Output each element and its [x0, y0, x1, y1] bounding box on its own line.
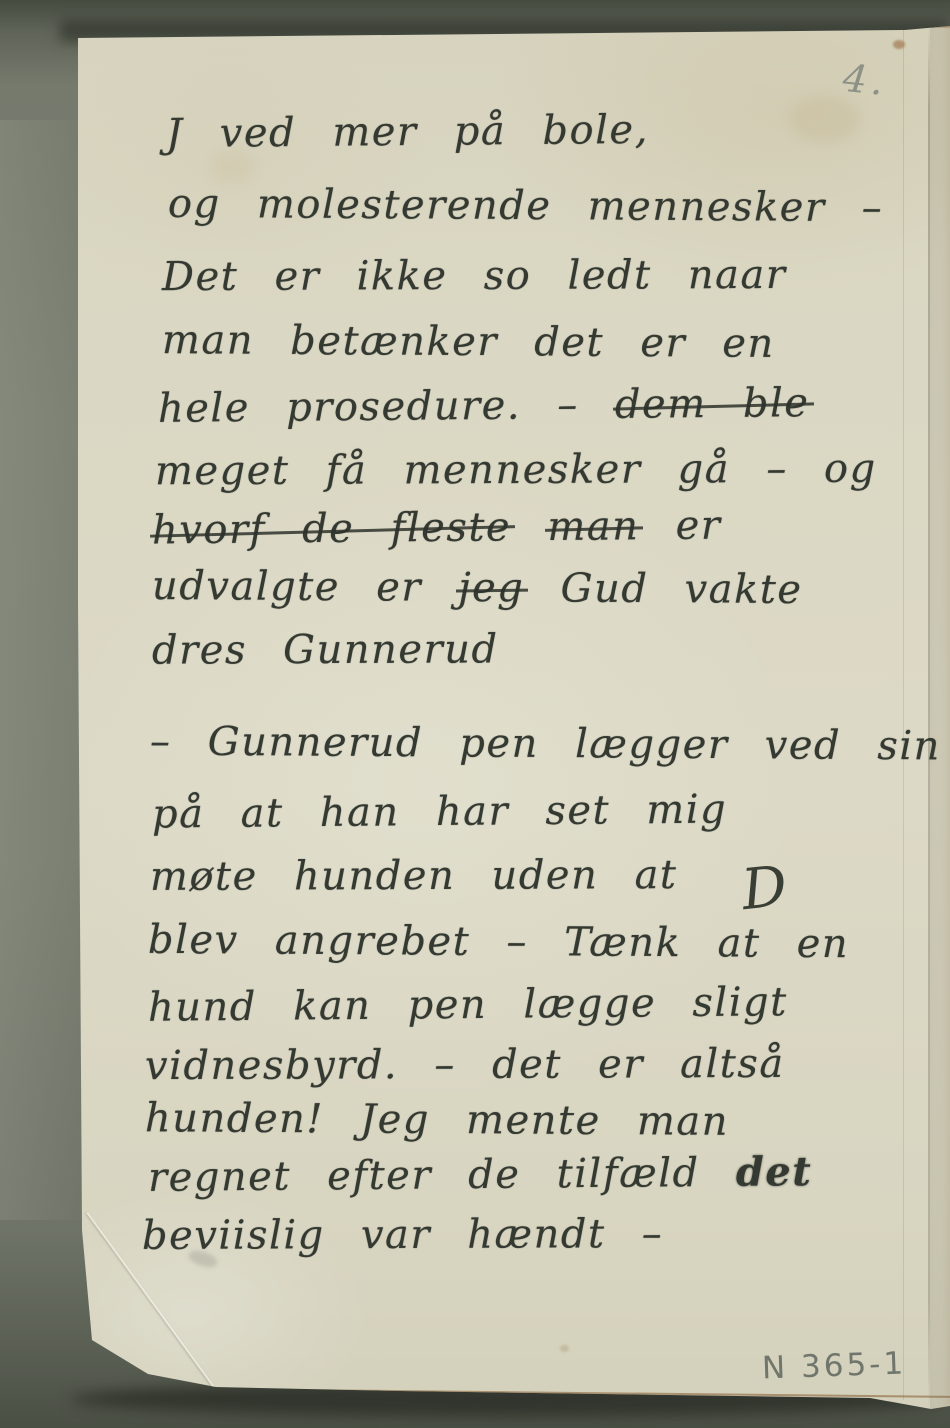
backing-board-highlight: [0, 120, 90, 1220]
line-text: hele prosedure. –: [158, 382, 615, 432]
handwritten-line: dres Gunnerud: [152, 629, 499, 670]
line-text: og molesterende mennesker –: [168, 181, 884, 231]
line-text: J ved mer på bole,: [166, 107, 649, 157]
manuscript-page: 4. J ved mer på bole, og molesterende me…: [0, 0, 950, 1428]
struck-text: jeg: [458, 565, 524, 611]
struck-text: man: [547, 503, 639, 550]
handwritten-line: Det er ikke so ledt naar: [162, 255, 787, 297]
struck-text: dem ble: [615, 380, 810, 428]
handwritten-line: hvorf de fleste man er: [152, 506, 722, 551]
handwritten-line: regnet efter de tilfæld det: [148, 1152, 813, 1198]
handwritten-line: J ved mer på bole,: [166, 110, 649, 154]
line-text: man betænker det er en: [162, 317, 775, 367]
line-text: Gud vakte: [524, 565, 802, 613]
handwritten-line: man betænker det er en: [162, 320, 775, 364]
line-text: vidnesbyrd. – det er altså: [145, 1041, 785, 1089]
handwritten-line: hele prosedure. – dem ble: [158, 383, 810, 429]
paper-stain: [893, 40, 905, 49]
struck-text: hvorf de fleste: [152, 504, 512, 553]
line-text: er: [639, 503, 721, 550]
handwritten-line: hunden! Jeg mente man: [145, 1098, 729, 1142]
line-text: på at han har set mig: [152, 786, 728, 837]
line-text: beviislig var hændt –: [142, 1211, 663, 1259]
handwritten-line: og molesterende mennesker –: [168, 184, 884, 228]
paper-stain: [790, 96, 860, 142]
line-text: blev angrebet – Tænk at en: [148, 917, 849, 967]
line-text: – Gunnerud pen lægger ved sin: [150, 719, 941, 770]
margin-mark: D: [739, 854, 790, 923]
faint-fold-line: [903, 30, 904, 1400]
page-number: 4.: [841, 56, 890, 104]
line-text: dres Gunnerud: [152, 626, 499, 673]
line-text: regnet efter de tilfæld: [148, 1150, 736, 1201]
handwritten-line: blev angrebet – Tænk at en: [148, 920, 849, 964]
manuscript-scan: 4. J ved mer på bole, og molesterende me…: [0, 0, 950, 1428]
handwritten-line: hund kan pen lægge sligt: [148, 982, 788, 1028]
handwritten-line: udvalgte er jeg Gud vakte: [152, 566, 803, 610]
line-text: hund kan pen lægge sligt: [148, 979, 788, 1031]
emphasized-text: det: [736, 1148, 813, 1196]
archive-code: N 365-1: [761, 1345, 906, 1386]
handwritten-line: møte hunden uden at: [150, 855, 678, 897]
line-text: udvalgte er: [152, 563, 458, 611]
line-text: [511, 504, 548, 550]
line-text: meget få mennesker gå – og: [155, 446, 877, 495]
handwritten-line: meget få mennesker gå – og: [155, 449, 877, 492]
handwritten-line: vidnesbyrd. – det er altså: [145, 1044, 785, 1086]
line-text: hunden! Jeg mente man: [145, 1095, 729, 1145]
vertical-fold-shading: [930, 26, 950, 1412]
line-text: møte hunden uden at: [150, 852, 678, 900]
handwritten-line: beviislig var hændt –: [142, 1214, 663, 1256]
handwritten-line: på at han har set mig: [152, 789, 727, 834]
line-text: Det er ikke so ledt naar: [162, 252, 787, 300]
handwritten-line: – Gunnerud pen lægger ved sin: [150, 722, 941, 767]
paper-stain: [560, 1345, 569, 1352]
